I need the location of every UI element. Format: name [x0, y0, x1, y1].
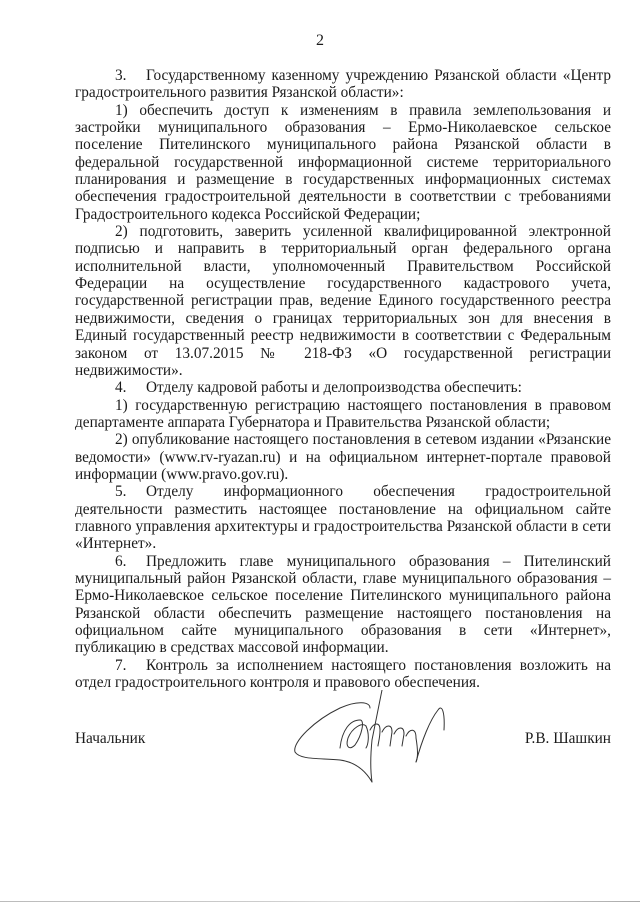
paragraph-3-1: 1) обеспечить доступ к изменениям в прав…: [75, 102, 611, 223]
paragraph-3: 3.Государственному казенному учреждению …: [75, 67, 611, 102]
paragraph-text: Отделу кадровой работы и делопроизводств…: [146, 379, 522, 396]
paragraph-4-1: 1) государственную регистрацию настоящег…: [75, 397, 611, 432]
paragraph-text: 2) опубликование настоящего постановлени…: [75, 431, 611, 483]
paragraph-text: 1) обеспечить доступ к изменениям в прав…: [75, 102, 611, 223]
paragraph-text: 1) государственную регистрацию настоящег…: [75, 397, 611, 431]
paragraph-text: Предложить главе муниципального образова…: [75, 553, 611, 657]
scan-edge-line: [0, 901, 640, 902]
signatory-title: Начальник: [75, 730, 145, 748]
signature-block: Начальник Р.В. Шашкин: [75, 730, 611, 750]
paragraph-text: 2) подготовить, заверить усиленной квали…: [75, 223, 611, 379]
paragraph-7: 7.Контроль за исполнением настоящего пос…: [75, 657, 611, 692]
paragraph-number: 3.: [115, 67, 146, 84]
document-body: 3.Государственному казенному учреждению …: [75, 67, 611, 691]
paragraph-number: 6.: [115, 553, 146, 570]
paragraph-5: 5.Отделу информационного обеспечения гра…: [75, 483, 611, 552]
paragraph-6: 6.Предложить главе муниципального образо…: [75, 553, 611, 657]
paragraph-number: 7.: [115, 657, 146, 674]
paragraph-text: Отделу информационного обеспечения градо…: [75, 483, 611, 552]
signatory-name: Р.В. Шашкин: [525, 730, 611, 748]
paragraph-4: 4.Отделу кадровой работы и делопроизводс…: [75, 379, 611, 396]
paragraph-3-2: 2) подготовить, заверить усиленной квали…: [75, 223, 611, 379]
page-number: 2: [0, 32, 640, 50]
paragraph-number: 4.: [115, 379, 146, 396]
paragraph-text: Контроль за исполнением настоящего поста…: [75, 657, 611, 691]
paragraph-text: Государственному казенному учреждению Ря…: [75, 67, 611, 101]
paragraph-4-2: 2) опубликование настоящего постановлени…: [75, 431, 611, 483]
paragraph-number: 5.: [115, 483, 146, 500]
document-page: 2 3.Государственному казенному учреждени…: [0, 0, 640, 905]
